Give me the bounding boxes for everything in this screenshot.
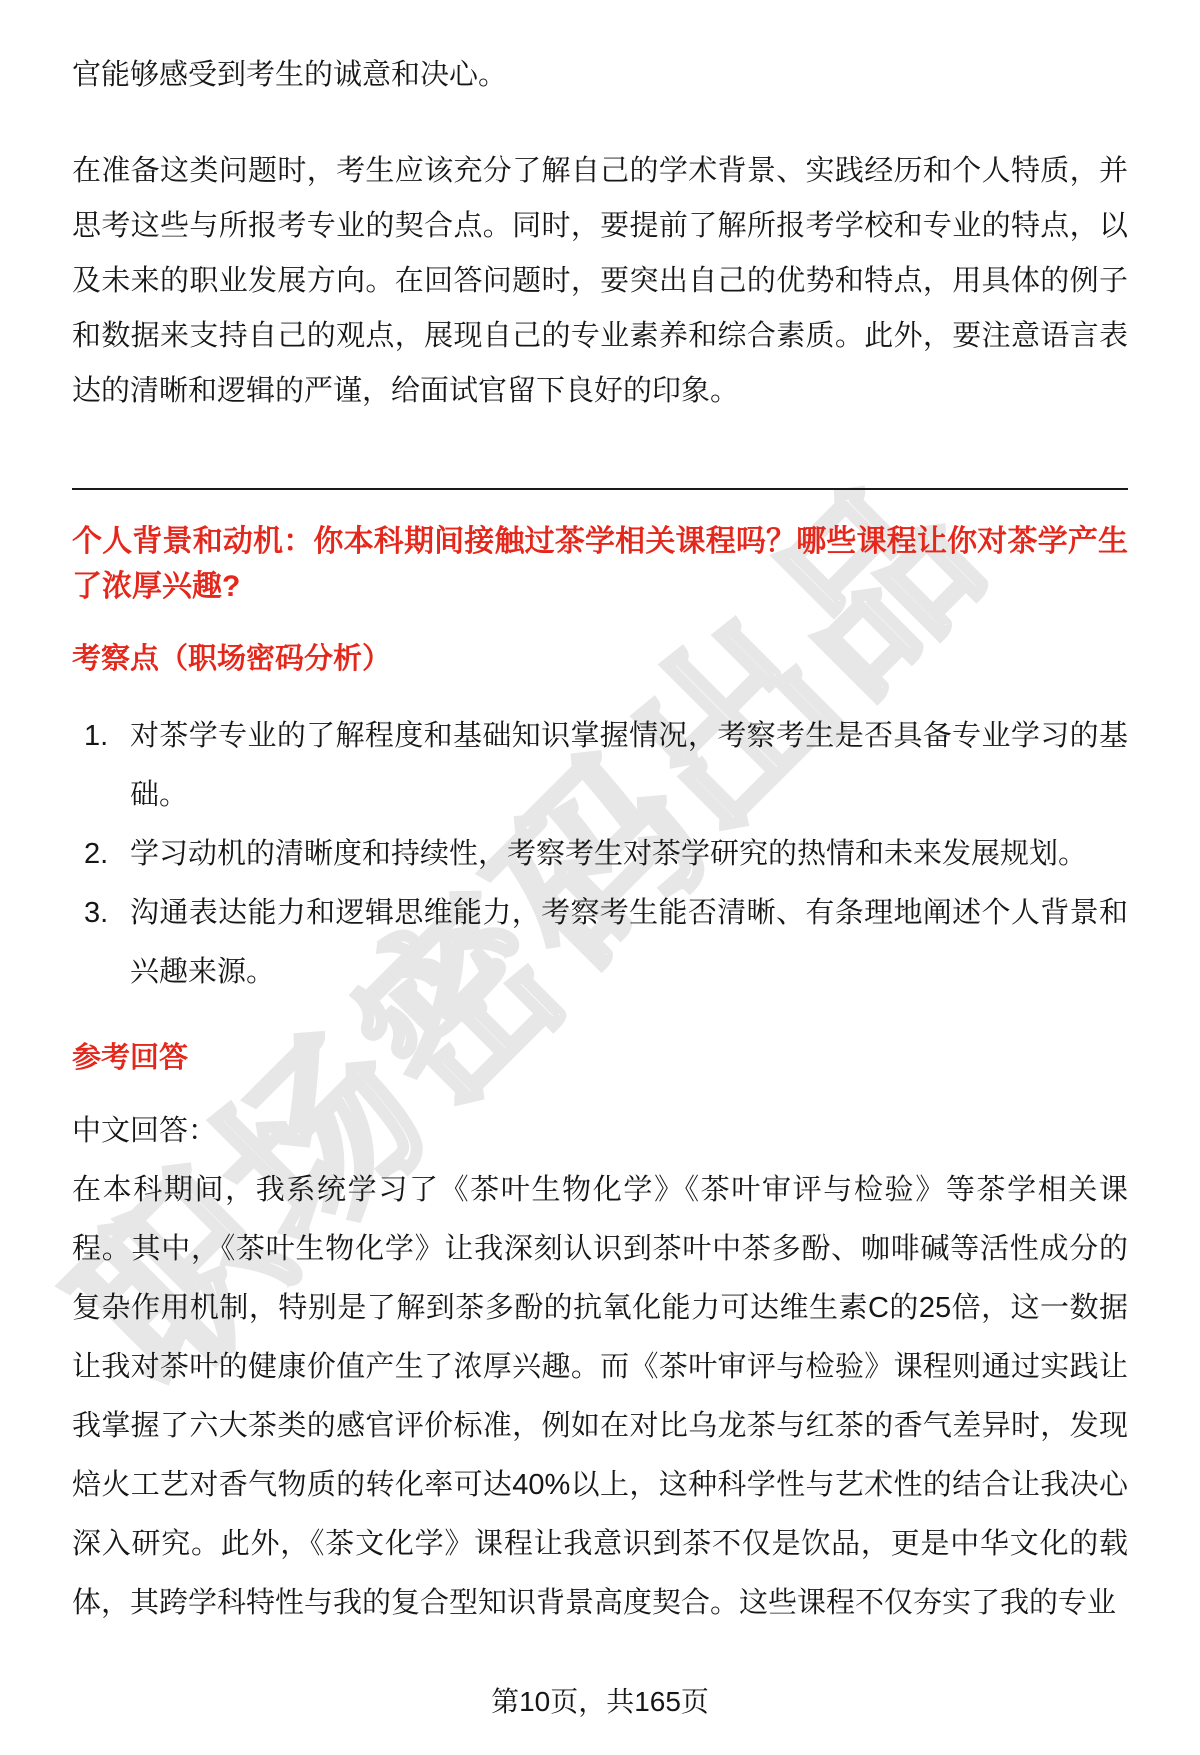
- section-divider: [72, 488, 1128, 490]
- page-footer: 第10页，共165页: [0, 1682, 1200, 1722]
- document-page: 职场密码出品 官能够感受到考生的诚意和决心。 在准备这类问题时，考生应该充分了解…: [0, 0, 1200, 1755]
- exam-points-heading: 考察点（职场密码分析）: [72, 639, 1128, 679]
- exam-point-item: 1. 对茶学专业的了解程度和基础知识掌握情况，考察考生是否具备专业学习的基础。: [130, 707, 1128, 825]
- exam-points-list: 1. 对茶学专业的了解程度和基础知识掌握情况，考察考生是否具备专业学习的基础。 …: [130, 707, 1128, 1002]
- list-item-text: 学习动机的清晰度和持续性，考察考生对茶学研究的热情和未来发展规划。: [130, 838, 1087, 870]
- list-number: 2.: [84, 825, 108, 884]
- list-number: 3.: [84, 884, 108, 943]
- reference-answer-heading: 参考回答: [72, 1038, 1128, 1078]
- answer-body-paragraph: 在本科期间，我系统学习了《茶叶生物化学》《茶叶审评与检验》等茶学相关课程。其中，…: [72, 1161, 1128, 1633]
- question-heading: 个人背景和动机：你本科期间接触过茶学相关课程吗？哪些课程让你对茶学产生了浓厚兴趣…: [72, 519, 1128, 609]
- list-number: 1.: [84, 707, 108, 766]
- continuation-paragraph: 官能够感受到考生的诚意和决心。: [72, 48, 1128, 103]
- answer-language-label: 中文回答：: [72, 1102, 1128, 1161]
- exam-point-item: 3. 沟通表达能力和逻辑思维能力，考察考生能否清晰、有条理地阐述个人背景和兴趣来…: [130, 884, 1128, 1002]
- list-item-text: 沟通表达能力和逻辑思维能力，考察考生能否清晰、有条理地阐述个人背景和兴趣来源。: [130, 897, 1128, 988]
- page-content: 官能够感受到考生的诚意和决心。 在准备这类问题时，考生应该充分了解自己的学术背景…: [0, 0, 1200, 1633]
- intro-paragraph: 在准备这类问题时，考生应该充分了解自己的学术背景、实践经历和个人特质，并思考这些…: [72, 144, 1128, 419]
- exam-point-item: 2. 学习动机的清晰度和持续性，考察考生对茶学研究的热情和未来发展规划。: [130, 825, 1128, 884]
- list-item-text: 对茶学专业的了解程度和基础知识掌握情况，考察考生是否具备专业学习的基础。: [130, 720, 1128, 811]
- reference-answer-block: 中文回答： 在本科期间，我系统学习了《茶叶生物化学》《茶叶审评与检验》等茶学相关…: [72, 1102, 1128, 1633]
